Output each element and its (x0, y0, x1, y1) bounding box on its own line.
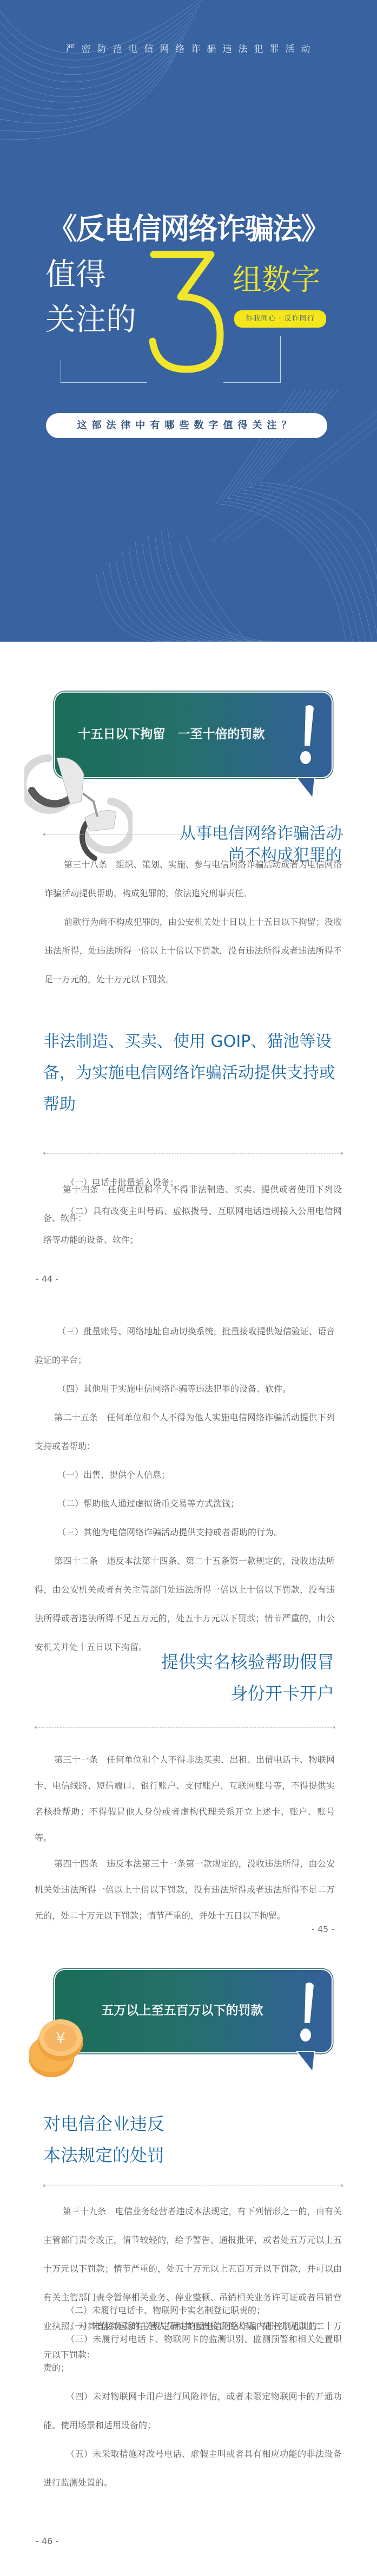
article-paragraph: 第四十二条 违反本法第十四条、第二十五条第一款规定的，没收违法所得，由公安机关或… (35, 1547, 335, 1661)
bubble-tail (296, 2051, 318, 2073)
article-item: （三）批量账号、网络地址自动切换系统，批量接收提供短信验证、语音验证的平台； (35, 1317, 335, 1374)
bubble-tail (296, 778, 318, 799)
section-2-heading: 非法制造、买卖、使用 GOIP、猫池等设备，为实施电信网络诈骗活动提供支持或帮助 (43, 1026, 335, 1120)
campaign-tagline: 严密防范电信网络诈骗违法犯罪活动 (0, 41, 377, 55)
exclamation-icon (299, 703, 315, 768)
divider (44, 2186, 342, 2186)
article-item: （三）其他为电信网络诈骗活动提供支持或者帮助的行为。 (35, 1518, 335, 1547)
coins-icon: ¥ (27, 2017, 87, 2082)
article-item: （五）未采取措施对改号电话、虚假主叫或者具有相应功能的非法设备进行监测处置的。 (43, 2440, 342, 2497)
article-item: （一）出售、提供个人信息； (35, 1460, 335, 1489)
bubble-text: 五万以上至五百万以下的罚款 (66, 2000, 299, 2018)
bubble-text: 十五日以下拘留 一至十倍的罚款 (55, 724, 288, 742)
article-item: （二）帮助他人通过虚拟货币交易等方式洗钱； (35, 1489, 335, 1518)
question-banner: 这部法律中有哪些数字值得关注？ (46, 413, 327, 438)
subtitle-line-1: 值得 (45, 260, 106, 290)
section-3-heading: 提供实名核验帮助假冒 身份开卡开户 (108, 1646, 334, 1709)
divider (44, 1153, 342, 1154)
penalty-bubble-2: 五万以上至五百万以下的罚款 (54, 1969, 333, 2053)
hero-banner: 严密防范电信网络诈骗违法犯罪活动 《反电信网络诈骗法》 值得 关注的 3 组数字… (0, 0, 377, 642)
divider (44, 834, 342, 835)
page-number: - 44 - (36, 1274, 58, 1284)
bracket-line-right (223, 336, 281, 383)
slogan-badge: 你我同心 · 反诈同行 (234, 310, 326, 328)
divider (36, 1727, 334, 1728)
article-item: （一）电话卡批量插入设备； (43, 1168, 342, 1197)
article-item: （二）未履行电话卡、物联网卡实名制登记职责的； (43, 2296, 342, 2325)
article-item: （四）未对物联网卡用户进行风险评估，或者未限定物联网卡的开通功能、使用场景和适用… (43, 2382, 342, 2440)
article-item: （二）具有改变主叫号码、虚拟拨号、互联网电话违规接入公用电信网络等功能的设备、软… (43, 1197, 342, 1254)
law-title: 《反电信网络诈骗法》 (0, 206, 377, 247)
article-paragraph: 前款行为尚不构成犯罪的，由公安机关处十日以上十五日以下拘留；没收违法所得，处违法… (44, 908, 342, 994)
subtitle-right: 组数字 (233, 265, 320, 295)
heading-line: 身份开卡开户 (108, 1678, 334, 1709)
exclamation-icon (299, 1981, 315, 2046)
article-paragraph: 第三十一条 任何单位和个人不得非法买卖、出租、出借电话卡、物联网卡、电信线路、短… (35, 1747, 335, 1851)
heading-line: 提供实名核验帮助假冒 (108, 1646, 334, 1678)
document-page: 严密防范电信网络诈骗违法犯罪活动 《反电信网络诈骗法》 值得 关注的 3 组数字… (0, 0, 377, 2576)
article-item: （三）未履行对电话卡、物联网卡的监测识别、监测预警和相关处置职责的； (43, 2325, 342, 2382)
heading-line: 从事电信网络诈骗活动 (135, 823, 342, 845)
page-number: - 45 - (312, 1924, 334, 1934)
section-4-heading: 对电信企业违反 本法规定的处罚 (43, 2108, 206, 2171)
article-paragraph: 第二十五条 任何单位和个人不得为他人实施电信网络诈骗活动提供下列支持或者帮助： (35, 1403, 335, 1460)
subtitle-line-2: 关注的 (45, 305, 136, 335)
article-paragraph: 第三十八条 组织、策划、实施、参与电信网络诈骗活动或者为电信网络诈骗活动提供帮助… (44, 850, 342, 908)
svg-text:¥: ¥ (56, 2029, 65, 2047)
handcuffs-icon (24, 742, 133, 866)
page-number: - 46 - (36, 2536, 58, 2546)
article-item: （四）其他用于实施电信网络诈骗等违法犯罪的设备、软件。 (35, 1374, 335, 1403)
heading-line: 对电信企业违反 (43, 2108, 206, 2140)
heading-line: 本法规定的处罚 (43, 2140, 206, 2171)
big-number-three-graphic (147, 249, 226, 374)
bracket-line-left (61, 360, 147, 383)
article-paragraph: 第四十四条 违反本法第三十一条第一款规定的，没收违法所得，由公安机关处违法所得一… (35, 1851, 335, 1929)
